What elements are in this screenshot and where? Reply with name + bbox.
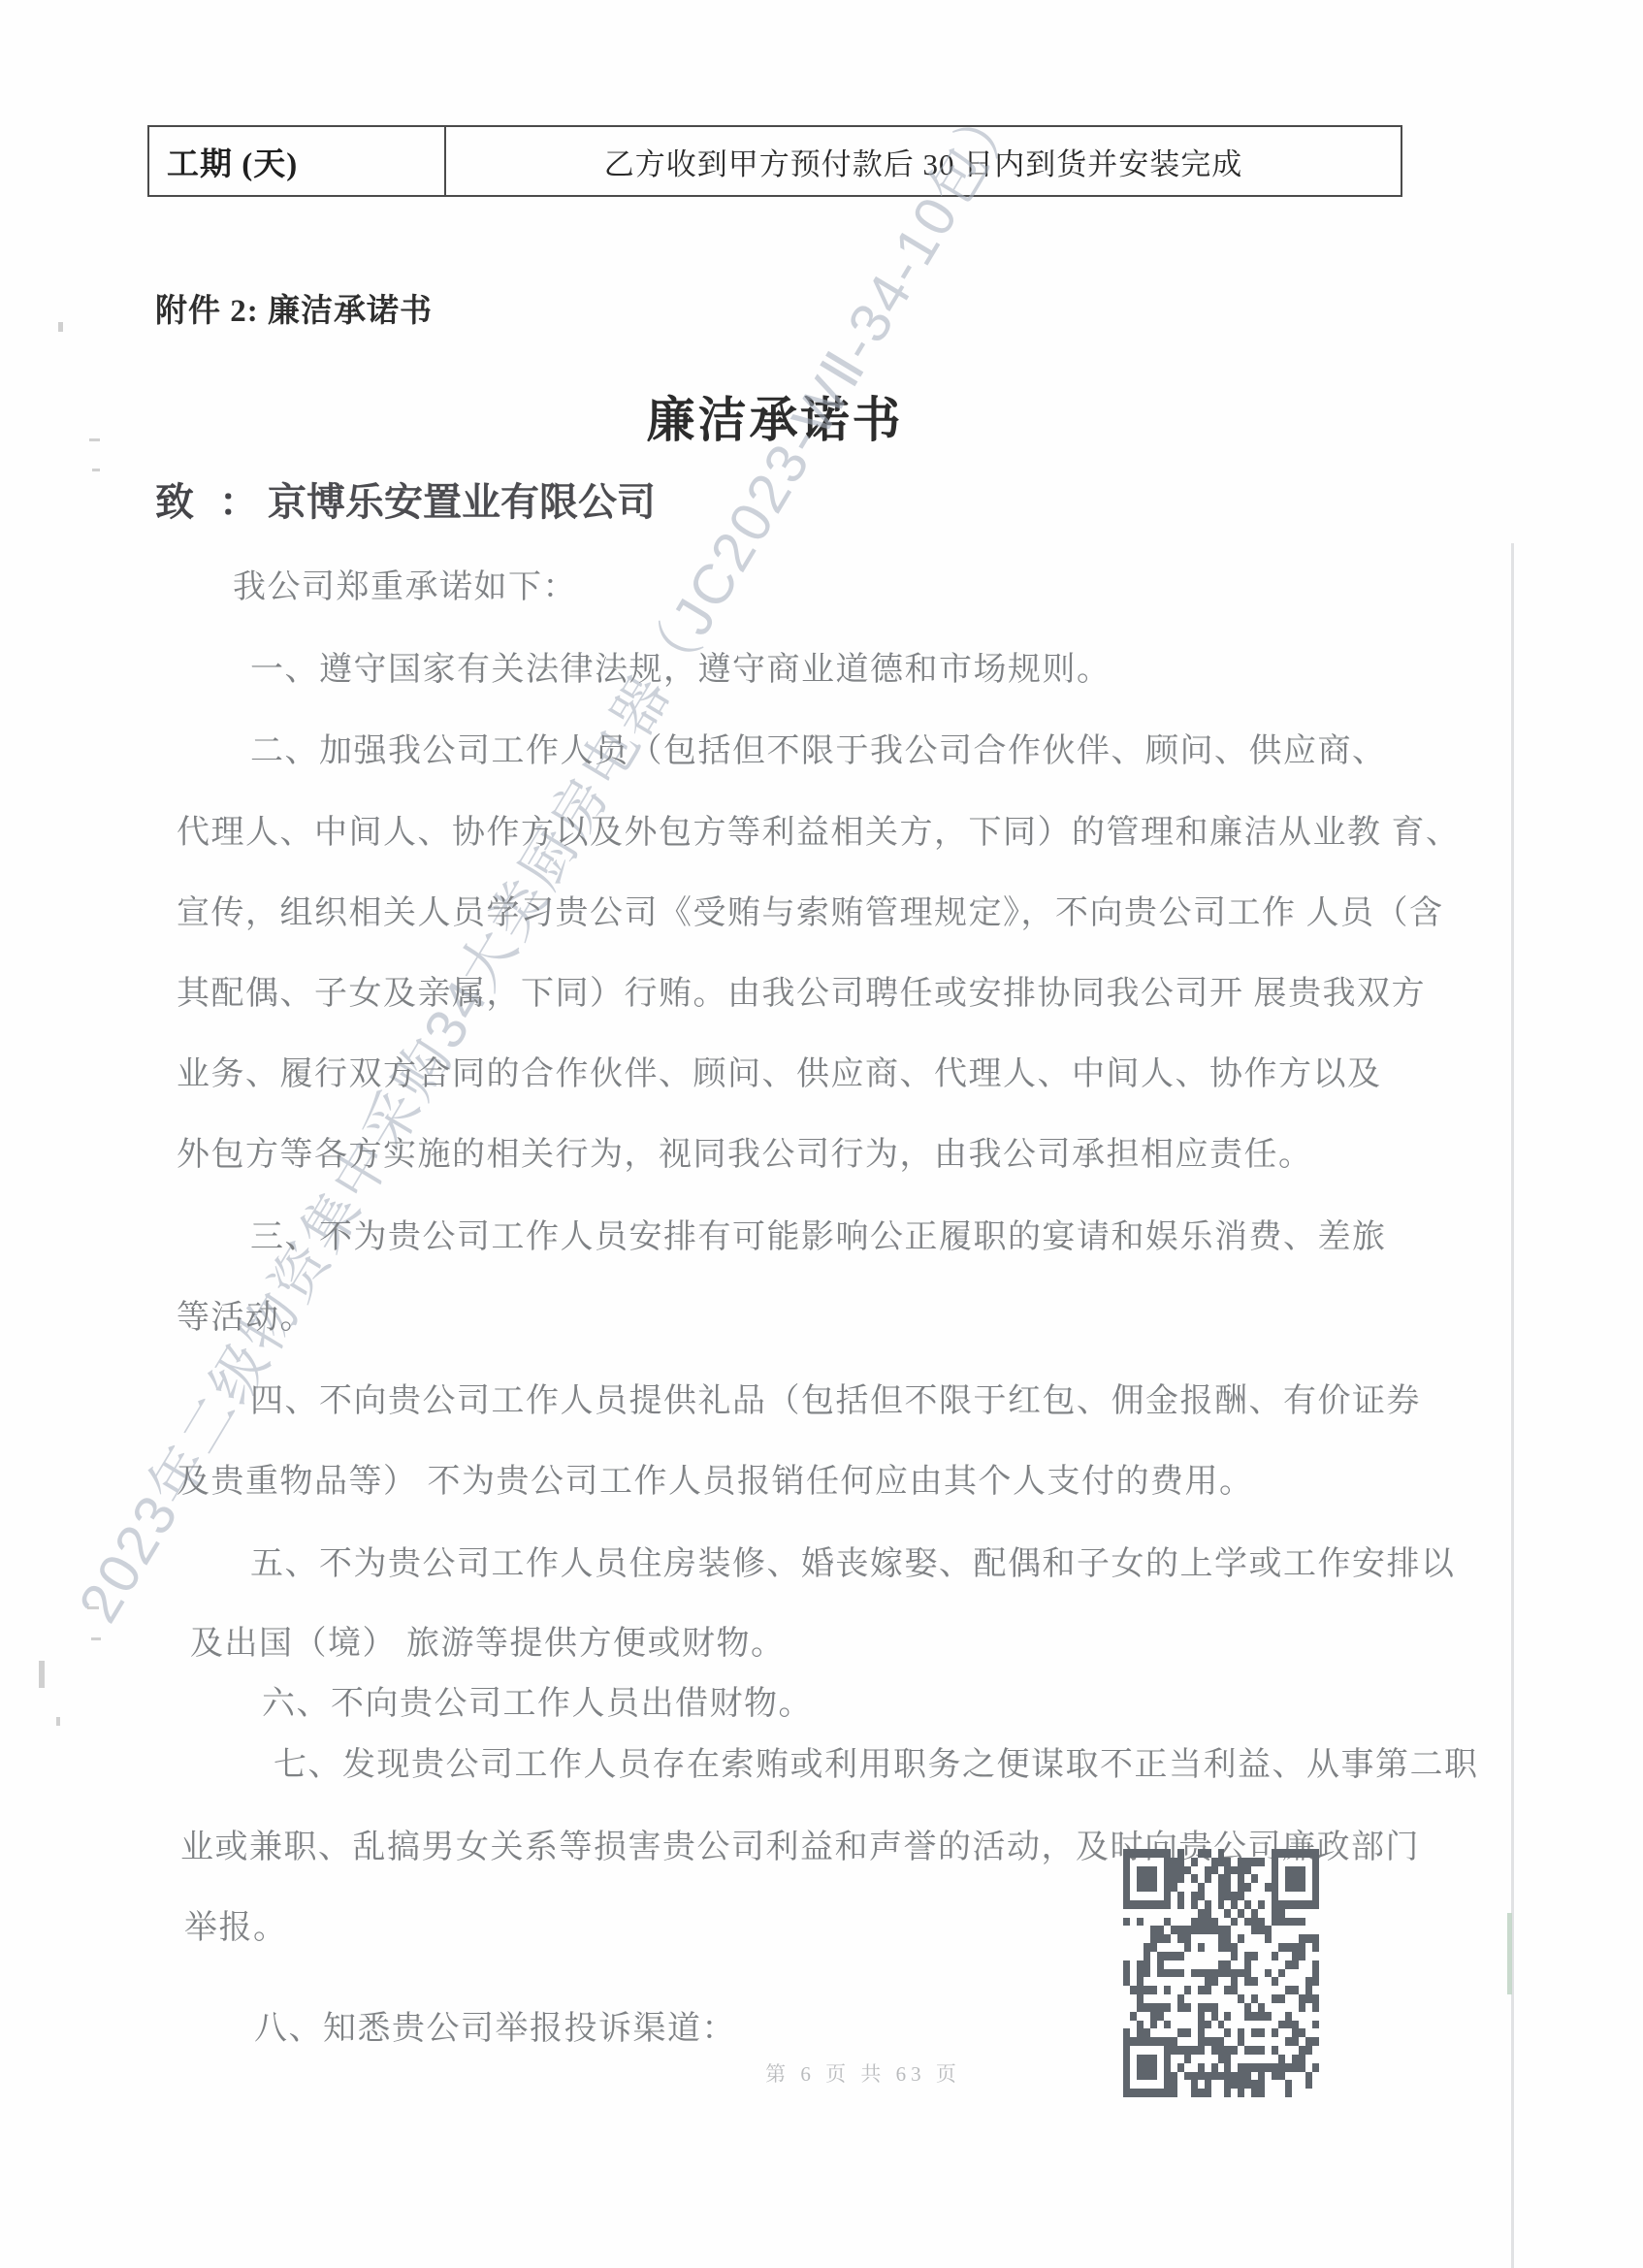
page-number-footer: 第 6 页 共 63 页 <box>718 2058 1009 2088</box>
scan-edge-line <box>1511 543 1514 2268</box>
scan-artifact <box>89 438 100 441</box>
body-line: 及贵重物品等） 不为贵公司工作人员报销任何应由其个人支付的费用。 <box>177 1454 1254 1502</box>
qr-code <box>1123 1849 1319 2097</box>
scan-artifact <box>92 469 100 471</box>
scan-artifact <box>56 1717 60 1726</box>
body-line: 七、发现贵公司工作人员存在索贿或利用职务之便谋取不正当利益、从事第二职 <box>274 1737 1479 1785</box>
body-line: 代理人、中间人、协作方以及外包方等利益相关方，下同）的管理和廉洁从业教 育、 <box>177 805 1461 853</box>
page-title: 廉洁承诺书 <box>147 381 1402 451</box>
body-line: 二、加强我公司工作人员（包括但不限于我公司合作伙伴、顾问、供应商、 <box>250 724 1387 771</box>
body-line: 一、遵守国家有关法律法规，遵守商业道德和市场规则。 <box>250 642 1111 690</box>
body-line: 业务、履行双方合同的合作伙伴、顾问、供应商、代理人、中间人、协作方以及 <box>177 1047 1382 1094</box>
body-line: 宣传，组织相关人员学习贵公司《受贿与索贿管理规定》，不向贵公司工作 人员（含 <box>177 886 1444 933</box>
body-line: 举报。 <box>184 1900 288 1948</box>
body-line: 三、不为贵公司工作人员安排有可能影响公正履职的宴请和娱乐消费、差旅 <box>250 1210 1387 1257</box>
body-line: 五、不为贵公司工作人员住房装修、婚丧嫁娶、配偶和子女的上学或工作安排以 <box>250 1537 1456 1584</box>
scan-artifact <box>58 322 63 332</box>
table-cell-duration-value: 乙方收到甲方预付款后 30 日内到货并安装完成 <box>446 127 1401 195</box>
body-line: 八、知悉贵公司举报投诉渠道： <box>254 2001 736 2049</box>
salutation-colon: ： <box>219 480 258 524</box>
body-line: 我公司郑重承诺如下： <box>233 560 577 607</box>
contract-table-row: 工期 (天) 乙方收到甲方预付款后 30 日内到货并安装完成 <box>147 125 1402 197</box>
body-line: 外包方等各方实施的相关行为，视同我公司行为，由我公司承担相应责任。 <box>177 1127 1313 1175</box>
body-line: 及出国（境） 旅游等提供方便或财物。 <box>190 1616 786 1664</box>
scan-artifact <box>39 1661 45 1688</box>
body-line: 四、不向贵公司工作人员提供礼品（包括但不限于红包、佣金报酬、有价证券 <box>250 1374 1421 1421</box>
scanned-document-page: 工期 (天) 乙方收到甲方预付款后 30 日内到货并安装完成 附件 2: 廉洁承… <box>0 0 1643 2268</box>
body-line: 等活动。 <box>177 1290 314 1338</box>
scan-artifact <box>87 1606 99 1609</box>
body-line: 六、不向贵公司工作人员出借财物。 <box>262 1676 813 1724</box>
table-cell-duration-label: 工期 (天) <box>149 127 446 195</box>
attachment-heading: 附件 2: 廉洁承诺书 <box>155 285 433 331</box>
salutation-company-name: 京博乐安置业有限公司 <box>268 480 656 524</box>
salutation-line: 致：京博乐安置业有限公司 <box>155 471 656 527</box>
scan-edge-mark <box>1507 1913 1512 1994</box>
body-line: 其配偶、子女及亲属，下同）行贿。由我公司聘任或安排协同我公司开 展贵我双方 <box>177 966 1426 1014</box>
salutation-to-label: 致 <box>155 480 194 524</box>
scan-artifact <box>91 1637 101 1640</box>
